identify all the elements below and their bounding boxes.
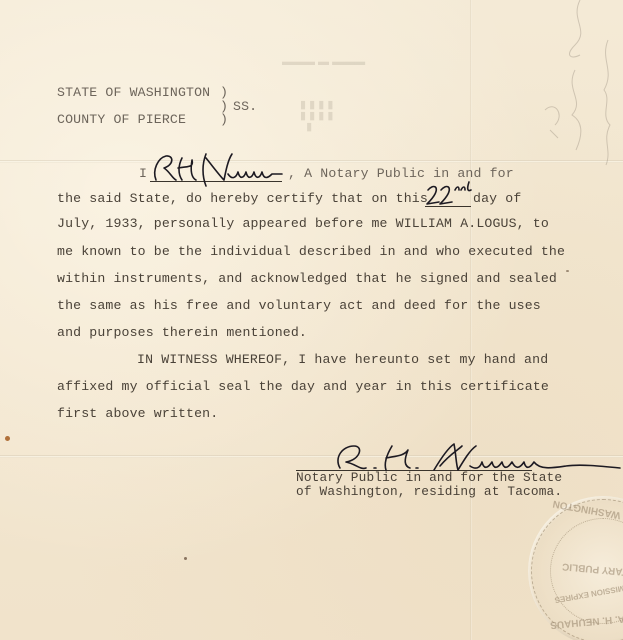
venue-ss: SS. [233, 100, 257, 113]
body-line1-prefix: I [139, 167, 147, 180]
venue-state: STATE OF WASHINGTON [57, 86, 210, 99]
bleed-through-text: ▮ ▮ ▮ ▮ ▮ ▮ ▮ ▮ ▮ [300, 100, 333, 133]
stain [5, 436, 10, 441]
body-line2-suffix: day of [473, 192, 521, 205]
bleed-through-text: ▬▬▬ ▬ ▬▬▬ [282, 56, 365, 68]
fold-line [0, 160, 623, 163]
venue-county: COUNTY OF PIERCE [57, 113, 186, 126]
venue-paren: ) [220, 86, 228, 99]
handwritten-name-signature [148, 150, 288, 190]
fold-line [470, 0, 472, 640]
pencil-notes [540, 0, 623, 170]
body-line1-suffix: , A Notary Public in and for [288, 167, 514, 180]
venue-paren: ) [220, 113, 228, 126]
body-line5: within instruments, and acknowledged tha… [57, 272, 557, 285]
body-line2-prefix: the said State, do hereby certify that o… [57, 192, 428, 205]
body-line6: the same as his free and voluntary act a… [57, 299, 541, 312]
stain [566, 270, 569, 272]
witness-line2: affixed my official seal the day and yea… [57, 380, 549, 393]
handwritten-day [425, 180, 480, 208]
witness-line1: IN WITNESS WHEREOF, I have hereunto set … [137, 353, 548, 366]
notary-title-line2: of Washington, residing at Tacoma. [296, 486, 562, 499]
notary-seal: STATE OF WASHINGTON A. H. NEUHAUS NOTARY… [528, 496, 623, 640]
body-line3: July, 1933, personally appeared before m… [57, 217, 549, 230]
stain [184, 557, 187, 560]
notary-title-line1: Notary Public in and for the State [296, 472, 562, 485]
document-page: ▬▬▬ ▬ ▬▬▬ ▮ ▮ ▮ ▮ ▮ ▮ ▮ ▮ ▮ STATE OF WAS… [0, 0, 623, 640]
body-line4: me known to be the individual described … [57, 245, 565, 258]
witness-line3: first above written. [57, 407, 218, 420]
body-line7: and purposes therein mentioned. [57, 326, 307, 339]
